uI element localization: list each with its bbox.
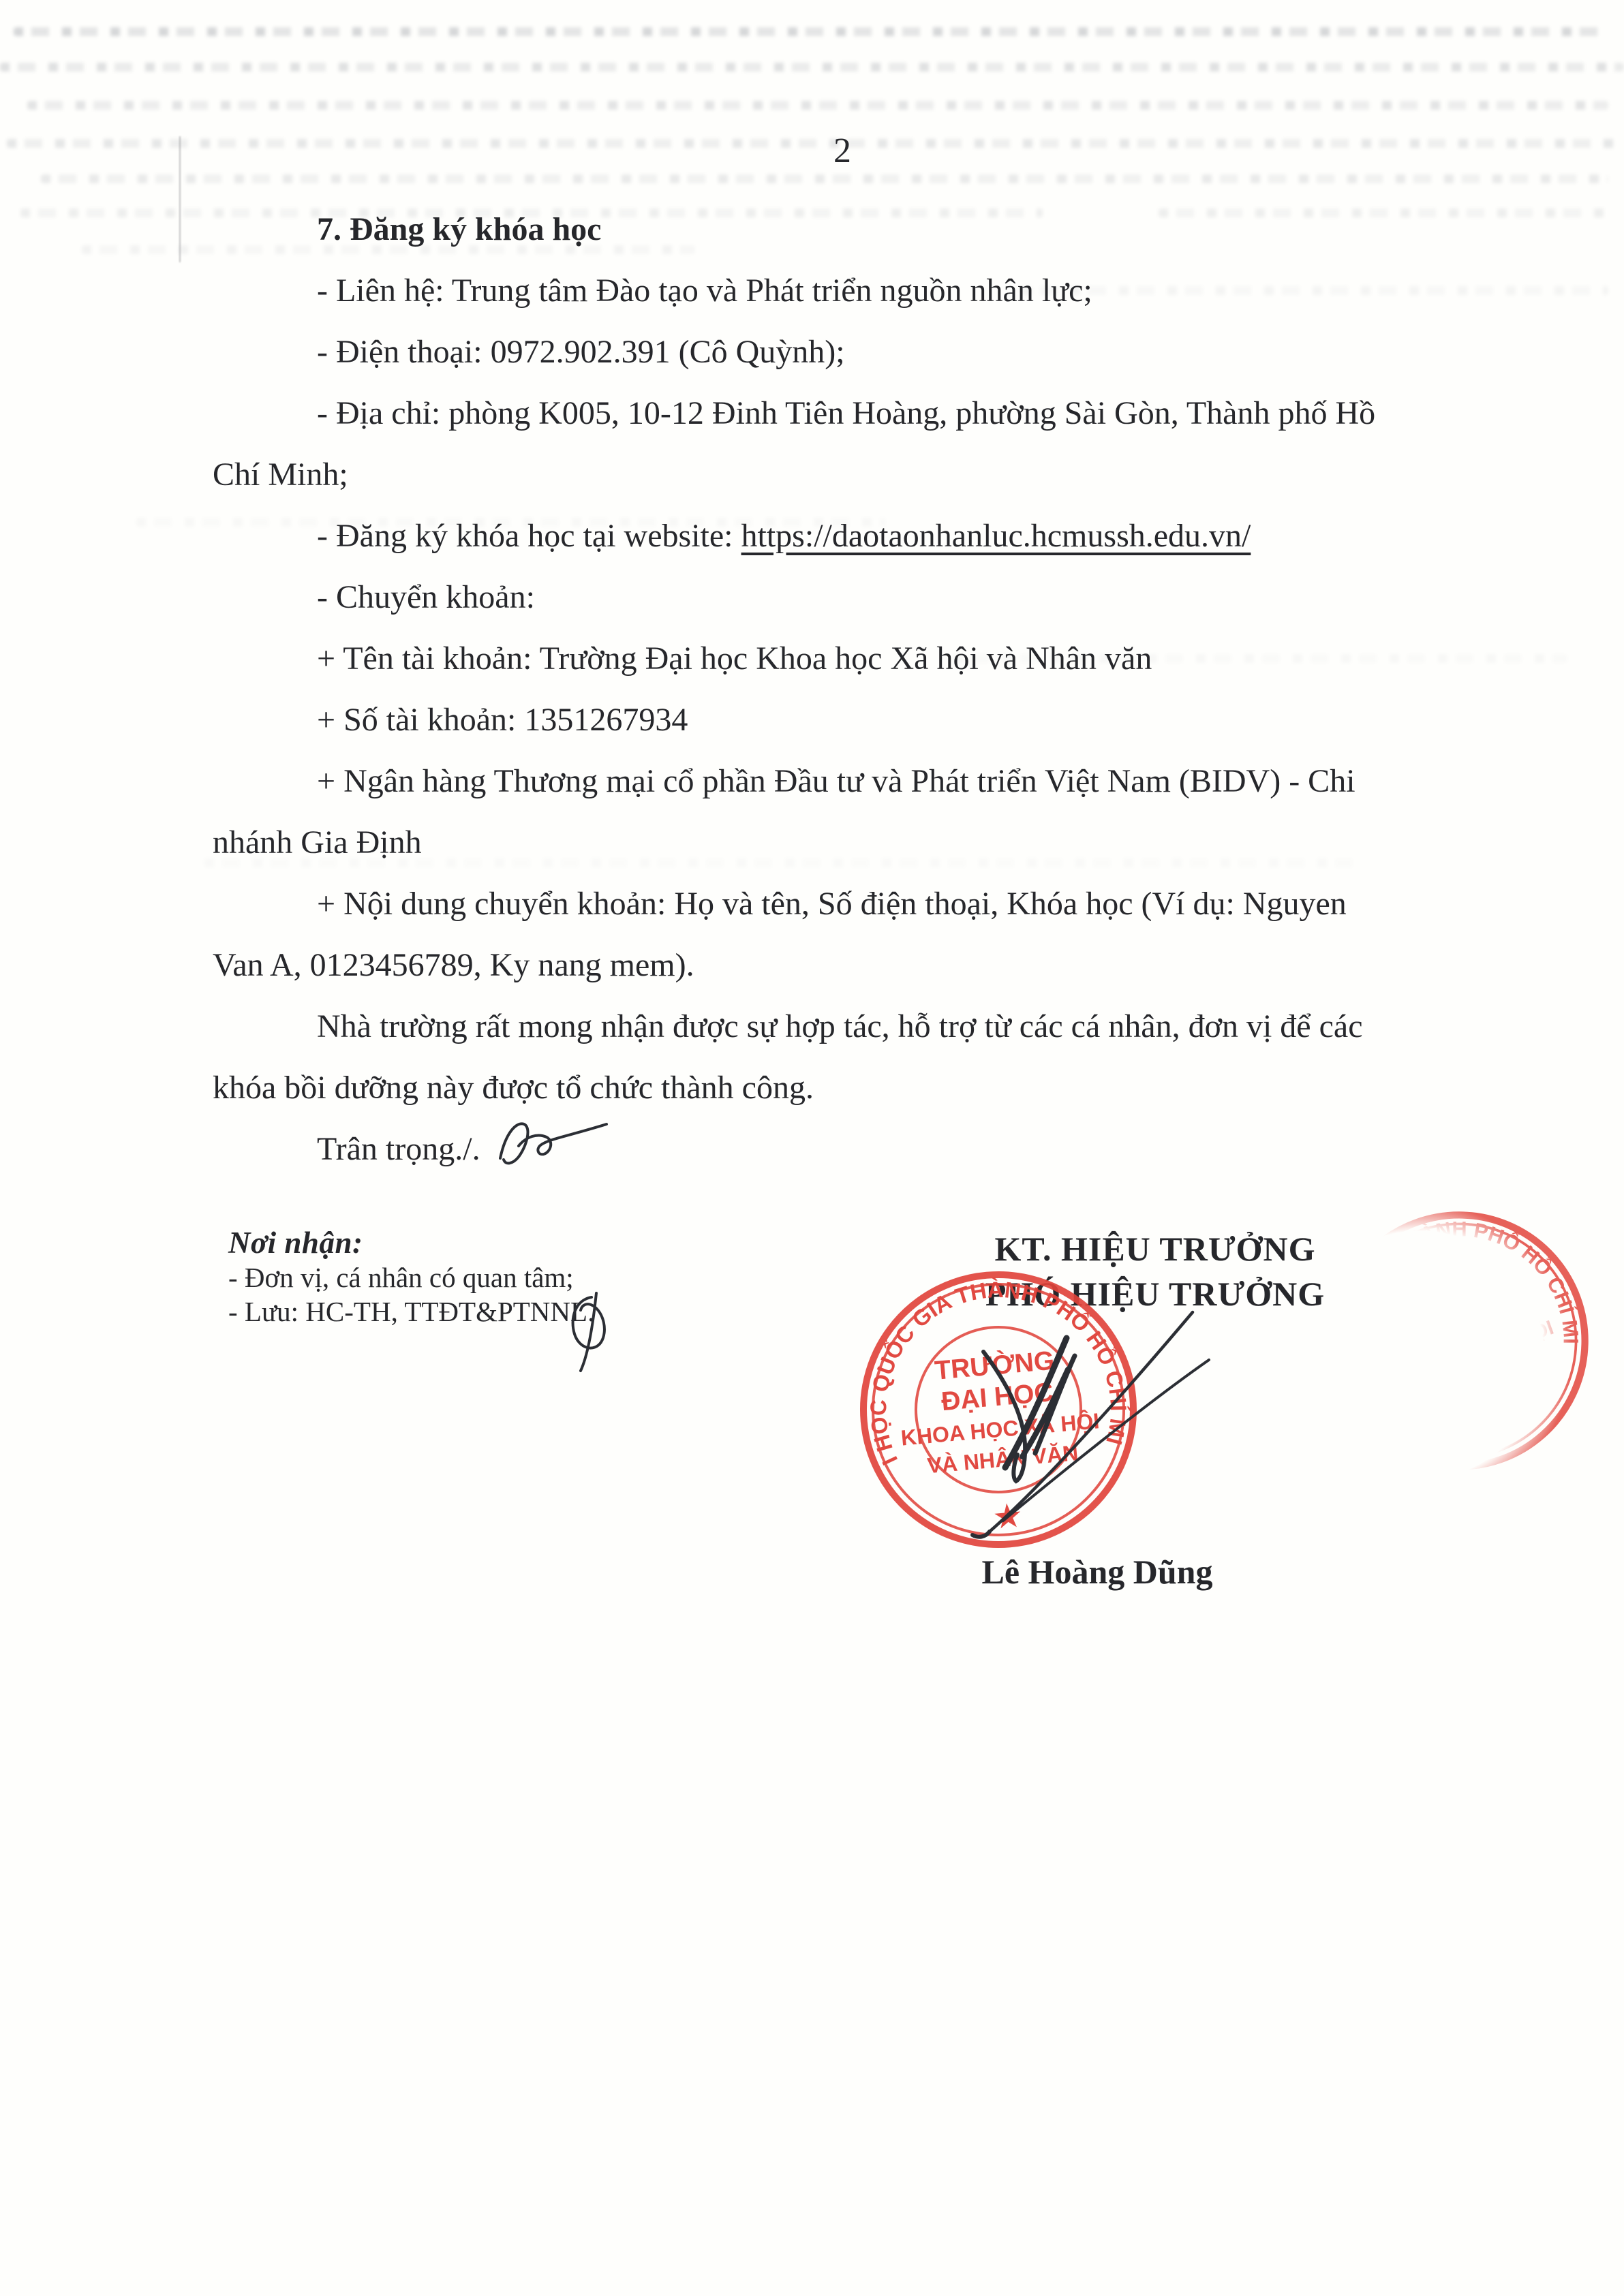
address-line-1: - Địa chỉ: phòng K005, 10-12 Đinh Tiên H…	[213, 383, 1453, 444]
acting-title: KT. HIỆU TRƯỞNG	[906, 1226, 1404, 1271]
signer-name: Lê Hoàng Dũng	[954, 1552, 1240, 1592]
recipient-item: - Lưu: HC-TH, TTĐT&PTNNL.	[228, 1294, 594, 1329]
recipient-item: - Đơn vị, cá nhân có quan tâm;	[228, 1260, 594, 1294]
phone-line: - Điện thoại: 0972.902.391 (Cô Quỳnh);	[213, 322, 1453, 383]
transfer-line: - Chuyển khoản:	[213, 567, 1453, 628]
seal-center-line: TRƯỜNG	[1388, 1269, 1503, 1334]
seal-star-icon: ★	[993, 1499, 1023, 1534]
seal-center-line: KHOA HỌC XÃ HỘI	[1375, 1316, 1557, 1401]
recipients-label: Nơi nhận:	[228, 1225, 594, 1260]
partial-seal: ĐẠI HỌC QUỐC GIA THÀNH PHỐ HỒ CHÍ MINH T…	[1291, 1173, 1624, 1510]
seal-center-line: ĐẠI HỌC	[1401, 1298, 1509, 1360]
seal-center-line: VÀ NHÂN VĂN	[926, 1440, 1079, 1478]
registration-link[interactable]: https://daotaonhanluc.hcmussh.edu.vn/	[741, 518, 1251, 554]
signature-ink	[940, 1281, 1247, 1567]
page-number: 2	[822, 131, 863, 171]
website-label: - Đăng ký khóa học tại website:	[317, 518, 741, 554]
bank-line-1: + Ngân hàng Thương mại cổ phần Đầu tư và…	[213, 751, 1453, 812]
address-line-2: Chí Minh;	[213, 444, 1453, 506]
seal-center-line: TRƯỜNG	[934, 1346, 1056, 1386]
bank-line-2: nhánh Gia Định	[213, 812, 1453, 873]
document-body: 7. Đăng ký khóa học - Liên hệ: Trung tâm…	[213, 199, 1453, 1180]
section-heading: 7. Đăng ký khóa học	[213, 199, 1453, 260]
transfer-note-line-2: Van A, 0123456789, Ky nang mem).	[213, 935, 1453, 996]
position-title: PHÓ HIỆU TRƯỞNG	[906, 1271, 1404, 1316]
contact-line: - Liên hệ: Trung tâm Đào tạo và Phát tri…	[213, 260, 1453, 322]
seal-center-line: VÀ NHÂN VĂN	[1405, 1350, 1545, 1420]
website-line: - Đăng ký khóa học tại website: https://…	[213, 506, 1453, 567]
seal-star-icon: ★	[1476, 1416, 1511, 1454]
document-page: 2 7. Đăng ký khóa học - Liên hệ: Trung t…	[0, 0, 1624, 2296]
transfer-note-line-1: + Nội dung chuyển khoản: Họ và tên, Số đ…	[213, 873, 1453, 935]
closing-paragraph-line-1: Nhà trường rất mong nhận được sự hợp tác…	[213, 996, 1453, 1057]
archive-initial-icon	[553, 1286, 628, 1378]
signature-title-block: KT. HIỆU TRƯỞNG PHÓ HIỆU TRƯỞNG	[906, 1226, 1404, 1316]
account-name-line: + Tên tài khoản: Trường Đại học Khoa học…	[213, 628, 1453, 689]
recipients-block: Nơi nhận: - Đơn vị, cá nhân có quan tâm;…	[228, 1225, 594, 1329]
regards-line: Trân trọng./.	[213, 1119, 1453, 1180]
seal-center-line: ĐẠI HỌC	[940, 1378, 1054, 1416]
seal-center-line: KHOA HỌC XÃ HỘI	[900, 1408, 1100, 1450]
handwritten-initial-icon	[485, 1116, 615, 1177]
account-number-line: + Số tài khoản: 1351267934	[213, 689, 1453, 751]
closing-paragraph-line-2: khóa bồi dưỡng này được tổ chức thành cô…	[213, 1057, 1453, 1119]
